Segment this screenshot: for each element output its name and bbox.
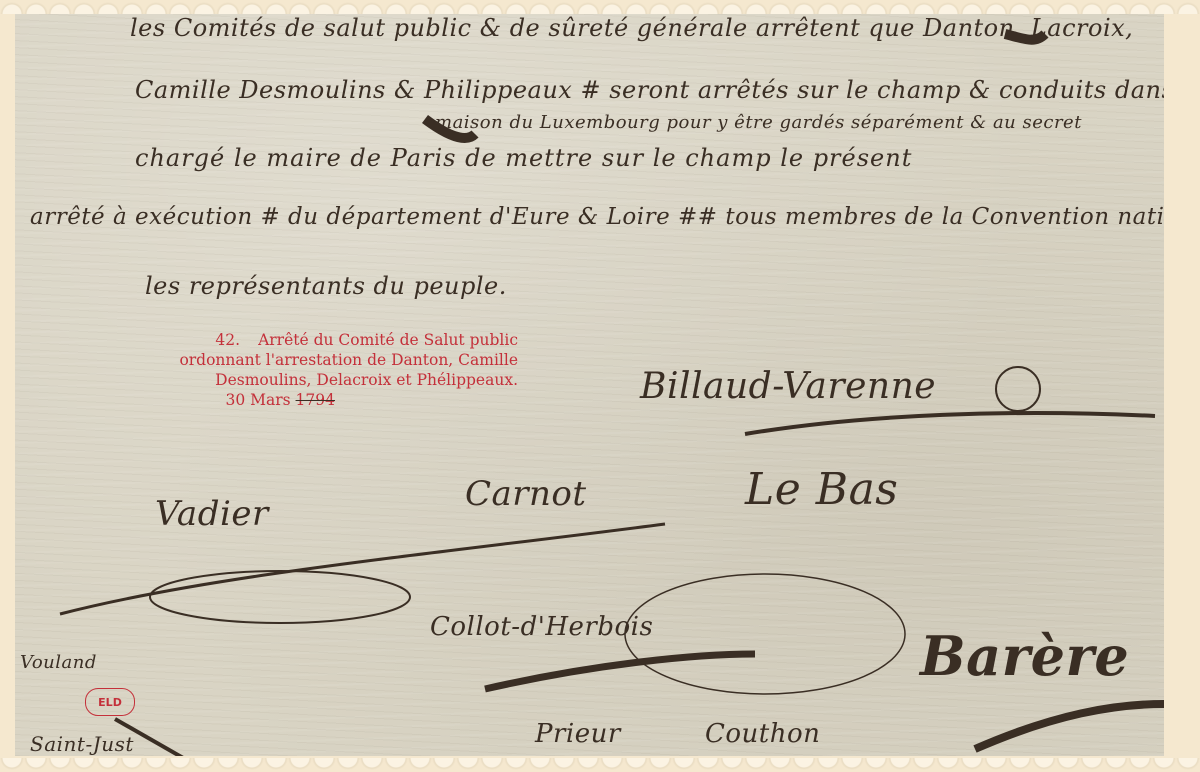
caption-number: 42. bbox=[215, 331, 240, 349]
publisher-logo: ELD bbox=[85, 688, 135, 716]
caption-block: 42.Arrêté du Comité de Salut public ordo… bbox=[88, 330, 518, 410]
caption-date: 30 Mars 1794 bbox=[88, 390, 518, 410]
postcard: les Comités de salut public & de sûreté … bbox=[0, 0, 1200, 772]
caption-title: Arrêté du Comité de Salut public bbox=[258, 331, 518, 349]
caption-date-day-month: 30 Mars bbox=[225, 391, 290, 409]
deckle-edge-top bbox=[0, 0, 1200, 14]
deckle-edge-bottom bbox=[0, 758, 1200, 772]
caption-line-1: 42.Arrêté du Comité de Salut public bbox=[88, 330, 518, 350]
caption-line-3: Desmoulins, Delacroix et Phélippeaux. bbox=[88, 370, 518, 390]
caption-line-2: ordonnant l'arrestation de Danton, Camil… bbox=[88, 350, 518, 370]
caption-date-year: 1794 bbox=[296, 391, 335, 409]
